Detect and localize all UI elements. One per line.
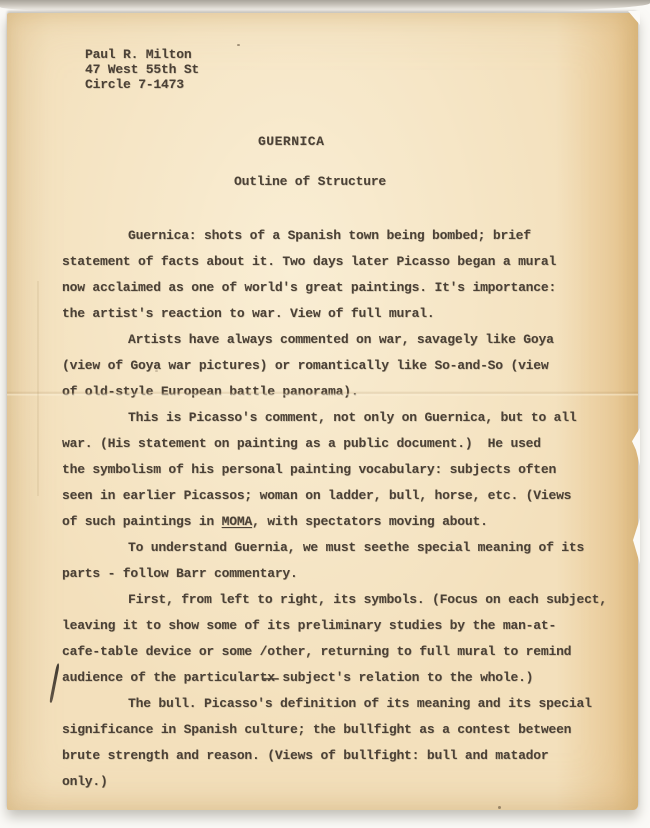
typescript-line: (view of Goya war pictures) or romantica… [62,353,607,379]
typescript-line: brute strength and reason. (Views of bul… [62,743,607,769]
paper-tear [631,518,640,564]
typescript-line: cafe-table device or some /other, return… [62,639,607,665]
scan-top-shadow [0,0,650,13]
typescript-line: audience of the particulart̶x̶ subject's… [62,665,607,691]
typescript-body: Guernica: shots of a Spanish town being … [62,223,607,795]
typescript-line: The bull. Picasso's definition of its me… [62,691,607,717]
typescript-line: First, from left to right, its symbols. … [62,587,607,613]
typescript-line: significance in Spanish culture; the bul… [62,717,607,743]
typescript-line: seen in earlier Picassos; woman on ladde… [62,483,607,509]
author-address-block: Paul R. Milton47 West 55th StCircle 7-14… [85,47,199,92]
typescript-page: Paul R. Milton47 West 55th StCircle 7-14… [7,13,638,810]
typescript-line: the symbolism of his personal painting v… [62,457,607,483]
typescript-line: now acclaimed as one of world's great pa… [62,275,607,301]
typescript-line: This is Picasso's comment, not only on G… [62,405,607,431]
typescript-line: the artist's reaction to war. View of fu… [62,301,607,327]
typescript-line: of such paintings in MOMA, with spectato… [62,509,607,535]
document-subtitle: Outline of Structure [234,174,386,189]
paper-tear [630,428,640,466]
paper-speck [155,370,158,372]
typescript-line: parts - follow Barr commentary. [62,561,607,587]
typescript-line: Guernica: shots of a Spanish town being … [62,223,607,249]
typescript-line: only.) [62,769,607,795]
author-name: Paul R. Milton [85,47,199,62]
typescript-line: To understand Guernia, we must seethe sp… [62,535,607,561]
underlined-word: MOMA [222,514,252,529]
typescript-line: statement of facts about it. Two days la… [62,249,607,275]
paper-tear [628,11,640,25]
author-street: 47 West 55th St [85,62,199,77]
vertical-crease [37,281,39,496]
author-phone: Circle 7-1473 [85,77,199,92]
document-title: GUERNICA [258,134,324,149]
margin-pen-mark [49,663,60,703]
paper-speck [237,44,240,46]
typescript-line: war. (His statement on painting as a pub… [62,431,607,457]
typescript-line: leaving it to show some of its prelimina… [62,613,607,639]
typescript-line: Artists have always commented on war, sa… [62,327,607,353]
fold-crease [7,391,638,396]
paper-speck [498,806,501,809]
